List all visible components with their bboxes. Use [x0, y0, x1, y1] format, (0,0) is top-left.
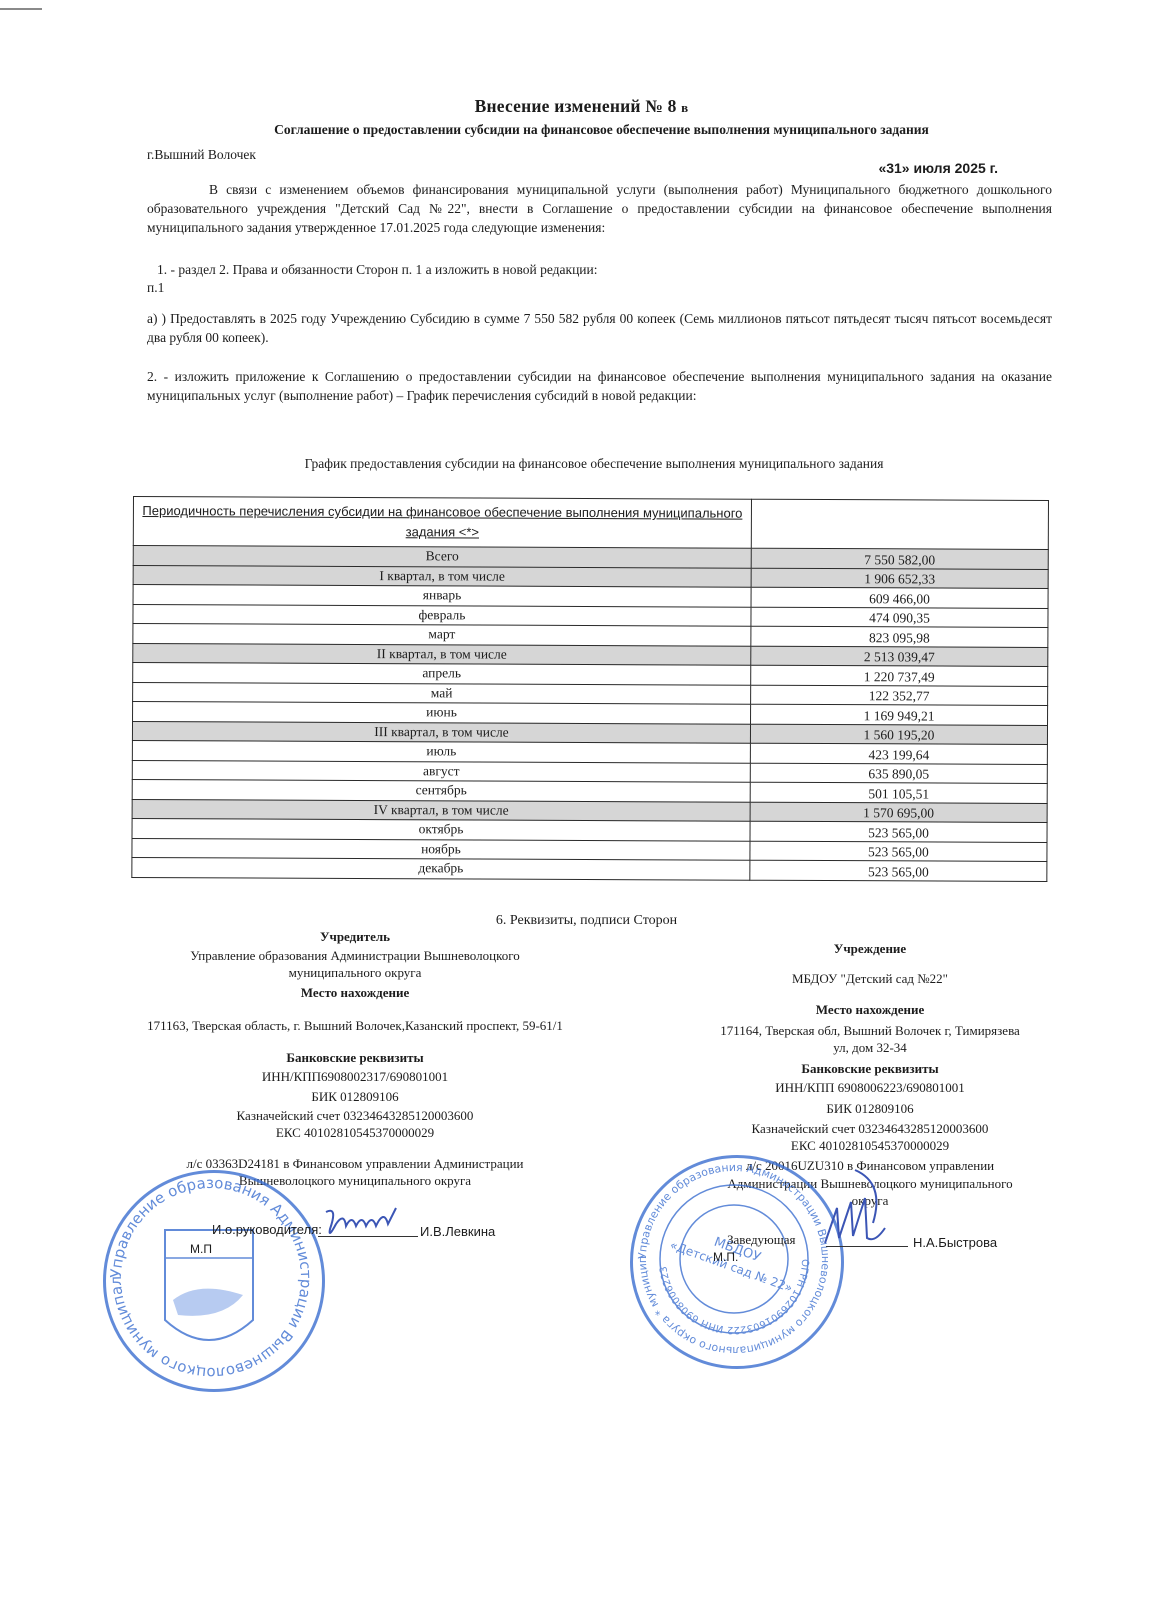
institution-signature [815, 1168, 895, 1248]
founder-signer-title: И.о.руководителя: [212, 1222, 322, 1237]
amount-cell: 1 570 695,00 [750, 802, 1047, 823]
header-amount [751, 499, 1048, 549]
period-cell: декабрь [132, 857, 750, 879]
institution-signer-title: Заведующая [727, 1232, 796, 1248]
founder-bank-heading: Банковские реквизиты [120, 1049, 590, 1067]
founder-stamp-emblem: Управление образования Администрации Выш… [103, 1170, 319, 1386]
item-2: 2. - изложить приложение к Соглашению о … [147, 367, 1052, 405]
period-cell: июнь [133, 702, 751, 724]
city: г.Вышний Волочек [147, 147, 256, 163]
founder-name-line2: муниципального округа [120, 964, 590, 982]
founder-name-line1: Управление образования Администрации Выш… [120, 947, 590, 965]
period-cell: I квартал, в том числе [133, 565, 751, 587]
table-row: декабрь523 565,00 [132, 857, 1047, 880]
period-cell: май [133, 682, 751, 704]
amount-cell: 7 550 582,00 [751, 548, 1048, 569]
period-cell: IV квартал, в том числе [132, 799, 750, 821]
founder-treasury-account: Казначейский счет 03234643285120003600 [120, 1107, 590, 1125]
period-cell: июль [132, 740, 750, 762]
amount-cell: 523 565,00 [750, 841, 1047, 862]
institution-bik: БИК 012809106 [690, 1100, 1050, 1118]
title-text: Внесение изменений № 8 [475, 96, 677, 116]
period-cell: II квартал, в том числе [133, 643, 751, 665]
amount-cell: 823 095,98 [751, 626, 1048, 647]
amount-cell: 1 220 737,49 [751, 665, 1048, 686]
title-suffix: в [681, 100, 688, 115]
amount-cell: 501 105,51 [750, 782, 1047, 803]
document-subtitle: Соглашение о предоставлении субсидии на … [0, 122, 1163, 138]
amount-cell: 609 466,00 [751, 587, 1048, 608]
institution-treasury-account: Казначейский счет 03234643285120003600 [690, 1120, 1050, 1138]
founder-inn-kpp: ИНН/КПП6908002317/690801001 [120, 1068, 590, 1086]
intro-paragraph: В связи с изменением объемов финансирова… [147, 180, 1052, 237]
header-period: Периодичность перечисления субсидии на ф… [133, 497, 751, 549]
founder-seal-label: М.П [190, 1242, 212, 1256]
amount-cell: 2 513 039,47 [751, 646, 1048, 667]
amount-cell: 523 565,00 [750, 860, 1047, 881]
amount-cell: 1 560 195,20 [750, 724, 1047, 745]
period-cell: Всего [133, 546, 751, 568]
institution-address-line2: ул, дом 32-34 [690, 1039, 1050, 1057]
amount-cell: 474 090,35 [751, 607, 1048, 628]
institution-heading: Учреждение [690, 940, 1050, 958]
document-date: «31» июля 2025 г. [878, 160, 998, 176]
item-1-a: а) ) Предоставлять в 2025 году Учреждени… [147, 309, 1052, 347]
amount-cell: 423 199,64 [750, 743, 1047, 764]
requisites-title: 6. Реквизиты, подписи Сторон [0, 913, 1163, 929]
period-cell: сентябрь [132, 779, 750, 801]
item-1-point: п.1 [147, 278, 1052, 297]
founder-stamp-text: Управление образования Администрации Выш… [103, 1170, 315, 1382]
institution-eks: ЕКС 40102810545370000029 [690, 1137, 1050, 1155]
period-cell: III квартал, в том числе [132, 721, 750, 743]
period-cell: апрель [133, 663, 751, 685]
period-cell: март [133, 624, 751, 646]
period-cell: январь [133, 585, 751, 607]
item-1: 1. - раздел 2. Права и обязанности Сторо… [157, 260, 1062, 279]
schedule-table: Периодичность перечисления субсидии на ф… [131, 496, 1049, 881]
founder-address: 171163, Тверская область, г. Вышний Воло… [120, 1017, 590, 1035]
period-cell: ноябрь [132, 838, 750, 860]
institution-seal-label: М.П. [713, 1250, 738, 1264]
institution-location-heading: Место нахождение [690, 1001, 1050, 1019]
table-header-row: Периодичность перечисления субсидии на ф… [133, 497, 1048, 550]
document-title: Внесение изменений № 8 в [0, 96, 1163, 117]
period-cell: февраль [133, 604, 751, 626]
amount-cell: 1 169 949,21 [751, 704, 1048, 725]
schedule-title: График предоставления субсидии на финанс… [0, 456, 1163, 472]
institution-inn-kpp: ИНН/КПП 6908006223/690801001 [690, 1079, 1050, 1097]
amount-cell: 635 890,05 [750, 763, 1047, 784]
institution-signer-name: Н.А.Быстрова [913, 1235, 997, 1250]
founder-location-heading: Место нахождение [120, 984, 590, 1002]
founder-heading: Учредитель [120, 928, 590, 946]
period-cell: август [132, 760, 750, 782]
scan-artifact [0, 8, 42, 10]
founder-eks: ЕКС 40102810545370000029 [120, 1124, 590, 1142]
founder-signature [318, 1204, 418, 1244]
institution-name: МБДОУ "Детский сад №22" [690, 970, 1050, 988]
institution-bank-heading: Банковские реквизиты [690, 1060, 1050, 1078]
period-cell: октябрь [132, 818, 750, 840]
founder-signer-name: И.В.Левкина [420, 1224, 495, 1239]
amount-cell: 523 565,00 [750, 821, 1047, 842]
founder-stamp: Управление образования Администрации Выш… [103, 1170, 325, 1392]
institution-address-line1: 171164, Тверская обл, Вышний Волочек г, … [690, 1022, 1050, 1040]
amount-cell: 1 906 652,33 [751, 568, 1048, 589]
amount-cell: 122 352,77 [751, 685, 1048, 706]
founder-bik: БИК 012809106 [120, 1088, 590, 1106]
